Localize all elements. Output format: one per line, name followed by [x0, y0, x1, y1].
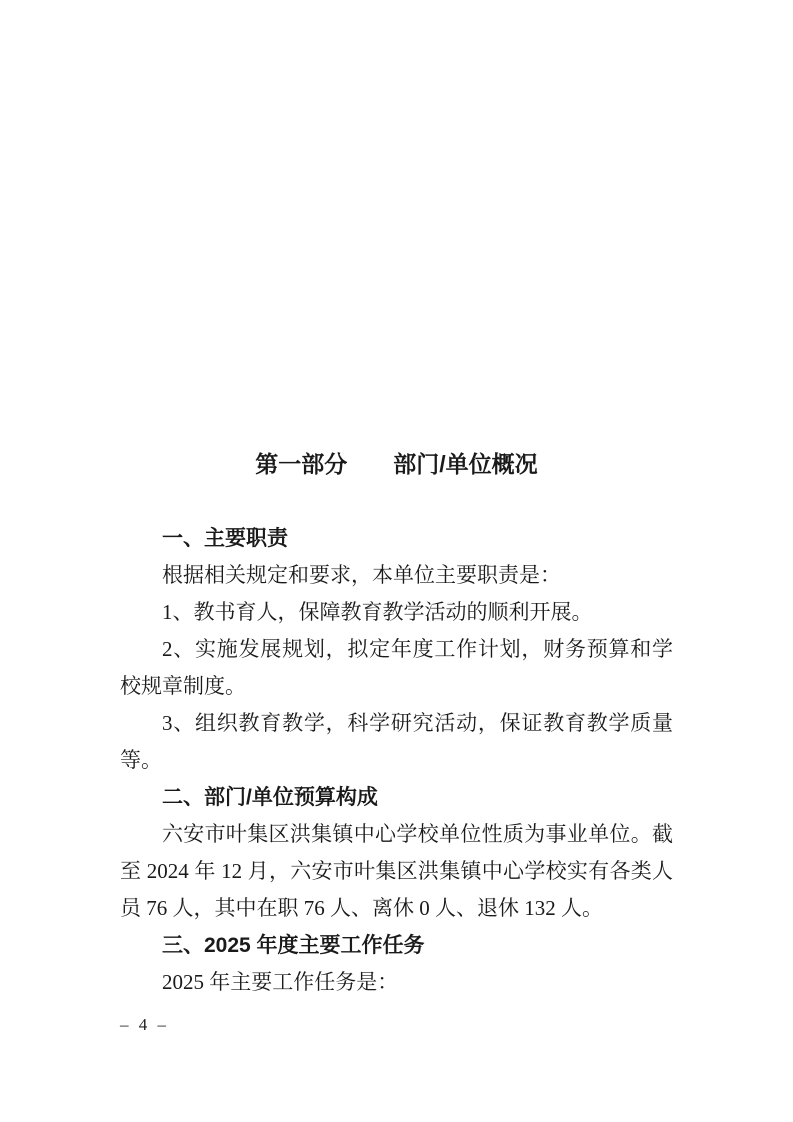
paragraph: 六安市叶集区洪集镇中心学校单位性质为事业单位。截至 2024 年 12 月，六安…	[120, 816, 673, 927]
document-page: 第一部分 部门/单位概况 一、主要职责 根据相关规定和要求，本单位主要职责是： …	[0, 0, 793, 1122]
paragraph: 3、组织教育教学，科学研究活动，保证教育教学质量等。	[120, 705, 673, 779]
section-heading-2025-tasks: 三、2025 年度主要工作任务	[120, 927, 673, 964]
section-heading-budget-composition: 二、部门/单位预算构成	[120, 779, 673, 816]
section-heading-main-duties: 一、主要职责	[120, 520, 673, 557]
paragraph: 1、教书育人，保障教育教学活动的顺利开展。	[120, 594, 673, 631]
paragraph: 2、实施发展规划，拟定年度工作计划，财务预算和学校规章制度。	[120, 631, 673, 705]
page-number: – 4 –	[120, 1011, 169, 1039]
page-content: 第一部分 部门/单位概况 一、主要职责 根据相关规定和要求，本单位主要职责是： …	[120, 446, 673, 1001]
paragraph: 根据相关规定和要求，本单位主要职责是：	[120, 557, 673, 594]
page-title: 第一部分 部门/单位概况	[120, 446, 673, 483]
paragraph: 2025 年主要工作任务是：	[120, 964, 673, 1001]
